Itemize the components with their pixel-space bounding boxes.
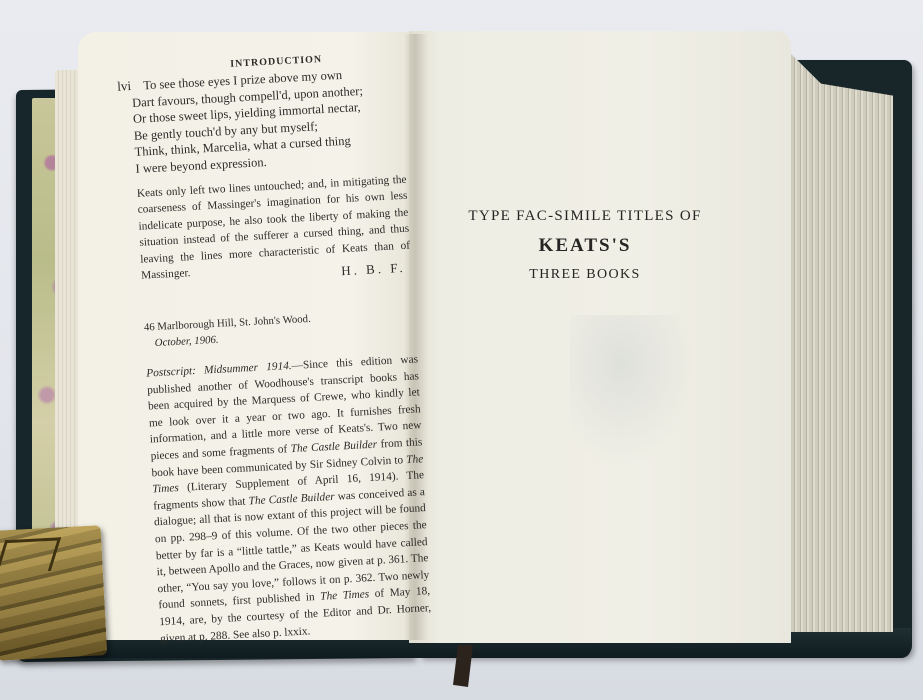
title-reference: The Castle Builder — [290, 439, 377, 456]
page-number: lvi — [117, 78, 132, 95]
title-line-1: TYPE FAC-SIMILE TITLES OF — [440, 208, 730, 225]
book-photo: INTRODUCTION lvi To see those eyes I pri… — [0, 0, 923, 700]
page-edges-right — [773, 36, 893, 632]
title-reference: The Castle Builder — [248, 491, 335, 507]
title-line-3: THREE BOOKS — [440, 267, 730, 283]
title-reference: The Times — [320, 589, 369, 604]
right-page-title: TYPE FAC-SIMILE TITLES OF KEATS'S THREE … — [440, 208, 730, 283]
show-through-image — [570, 315, 700, 475]
signature-initials: H. B. F. — [341, 260, 406, 279]
title-line-2: KEATS'S — [440, 235, 730, 257]
verse-block: To see those eyes I prize above my own D… — [131, 66, 367, 177]
postscript-paragraph: Postscript: Midsummer 1914.—Since this e… — [146, 351, 432, 647]
brass-bookweight — [0, 525, 107, 661]
